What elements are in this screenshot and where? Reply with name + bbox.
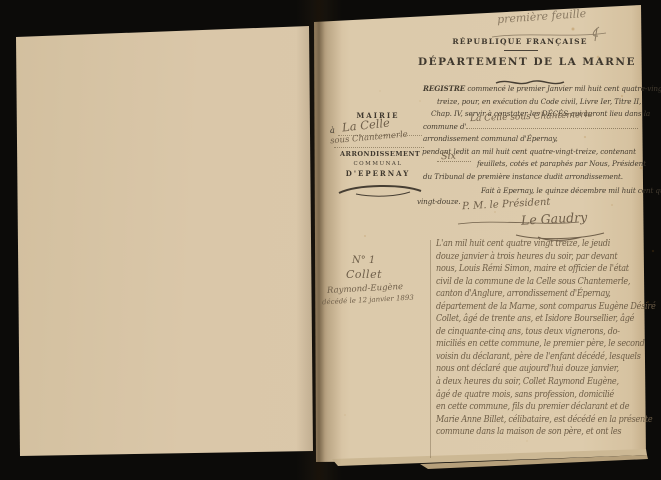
act-line: miciliés en cette commune, le premier pè… <box>436 338 656 351</box>
act-line: Collet, âgé de trente ans, et Isidore Bo… <box>436 313 656 326</box>
act-line: âgé de quatre mois, sans profession, dom… <box>436 389 656 402</box>
act-line: canton d'Anglure, arrondissement d'Épern… <box>436 288 656 301</box>
registre-paragraph-line: treize, pour, en exécution du Code civil… <box>437 97 641 106</box>
page-content: première feuille RÉPUBLIQUE FRANÇAISE DÉ… <box>0 0 661 480</box>
epernay-label: D'EPERNAY <box>340 169 416 178</box>
a-label: à <box>330 126 335 135</box>
act-line: civil de la commune de la Celle sous Cha… <box>436 276 656 289</box>
rule-divider <box>504 50 538 51</box>
flourish-under-mairie-block <box>336 182 424 201</box>
arrondissement-label: ARRONDISSEMENT <box>340 150 416 158</box>
departement-heading: DÉPARTEMENT DE LA MARNE <box>418 56 632 68</box>
act-number-margin-note: N° 1 <box>352 255 375 266</box>
registre-word: REGISTRE <box>423 84 465 93</box>
registre-paragraph-line: feuillets, cotés et paraphés par Nous, P… <box>477 159 646 168</box>
scanned-register-photo: première feuille RÉPUBLIQUE FRANÇAISE DÉ… <box>0 0 661 480</box>
act-line: à deux heures du soir, Collet Raymond Eu… <box>436 376 656 389</box>
act-line: voisin du déclarant, père de l'enfant dé… <box>436 351 656 364</box>
deceased-surname-margin-note: Collet <box>346 268 382 281</box>
registre-paragraph-line: du Tribunal de première instance dudit a… <box>423 172 623 181</box>
handwritten-death-act: L'an mil huit cent quatre vingt treize, … <box>436 238 656 439</box>
registre-paragraph-line: REGISTRE commencé le premier Janvier mil… <box>423 84 661 93</box>
act-line: de cinquante-cinq ans, tous deux vignero… <box>436 326 656 339</box>
act-line: département de la Marne, sont comparus E… <box>436 301 656 314</box>
handwritten-folio-count: Six <box>441 151 456 163</box>
registre-line1-rest: commencé le premier Janvier mil huit cen… <box>465 84 661 93</box>
act-line: nous, Louis Rémi Simon, maire et officie… <box>436 263 656 276</box>
registre-paragraph-line: commune d' <box>423 122 466 131</box>
registre-paragraph-line: arrondissement communal d'Épernay, <box>423 134 558 143</box>
communal-label: COMMUNAL <box>340 161 416 167</box>
act-line: Marie Anne Billet, célibataire, est décé… <box>436 414 656 427</box>
act-line: commune dans la maison de son père, et o… <box>436 426 656 439</box>
handwritten-president-mention: P. M. le Président <box>462 197 551 213</box>
fait-a-epernay-line: Fait à Epernay, le quinze décembre mil h… <box>481 186 661 195</box>
act-line: douze janvier à trois heures du soir, pa… <box>436 251 656 264</box>
act-line: en cette commune, fils du premier déclar… <box>436 401 656 414</box>
margin-rule-line <box>430 240 431 458</box>
act-line: L'an mil huit cent quatre vingt treize, … <box>436 238 656 251</box>
act-line: nous ont déclaré que aujourd'hui douze j… <box>436 363 656 376</box>
republique-heading: RÉPUBLIQUE FRANÇAISE <box>430 37 610 46</box>
